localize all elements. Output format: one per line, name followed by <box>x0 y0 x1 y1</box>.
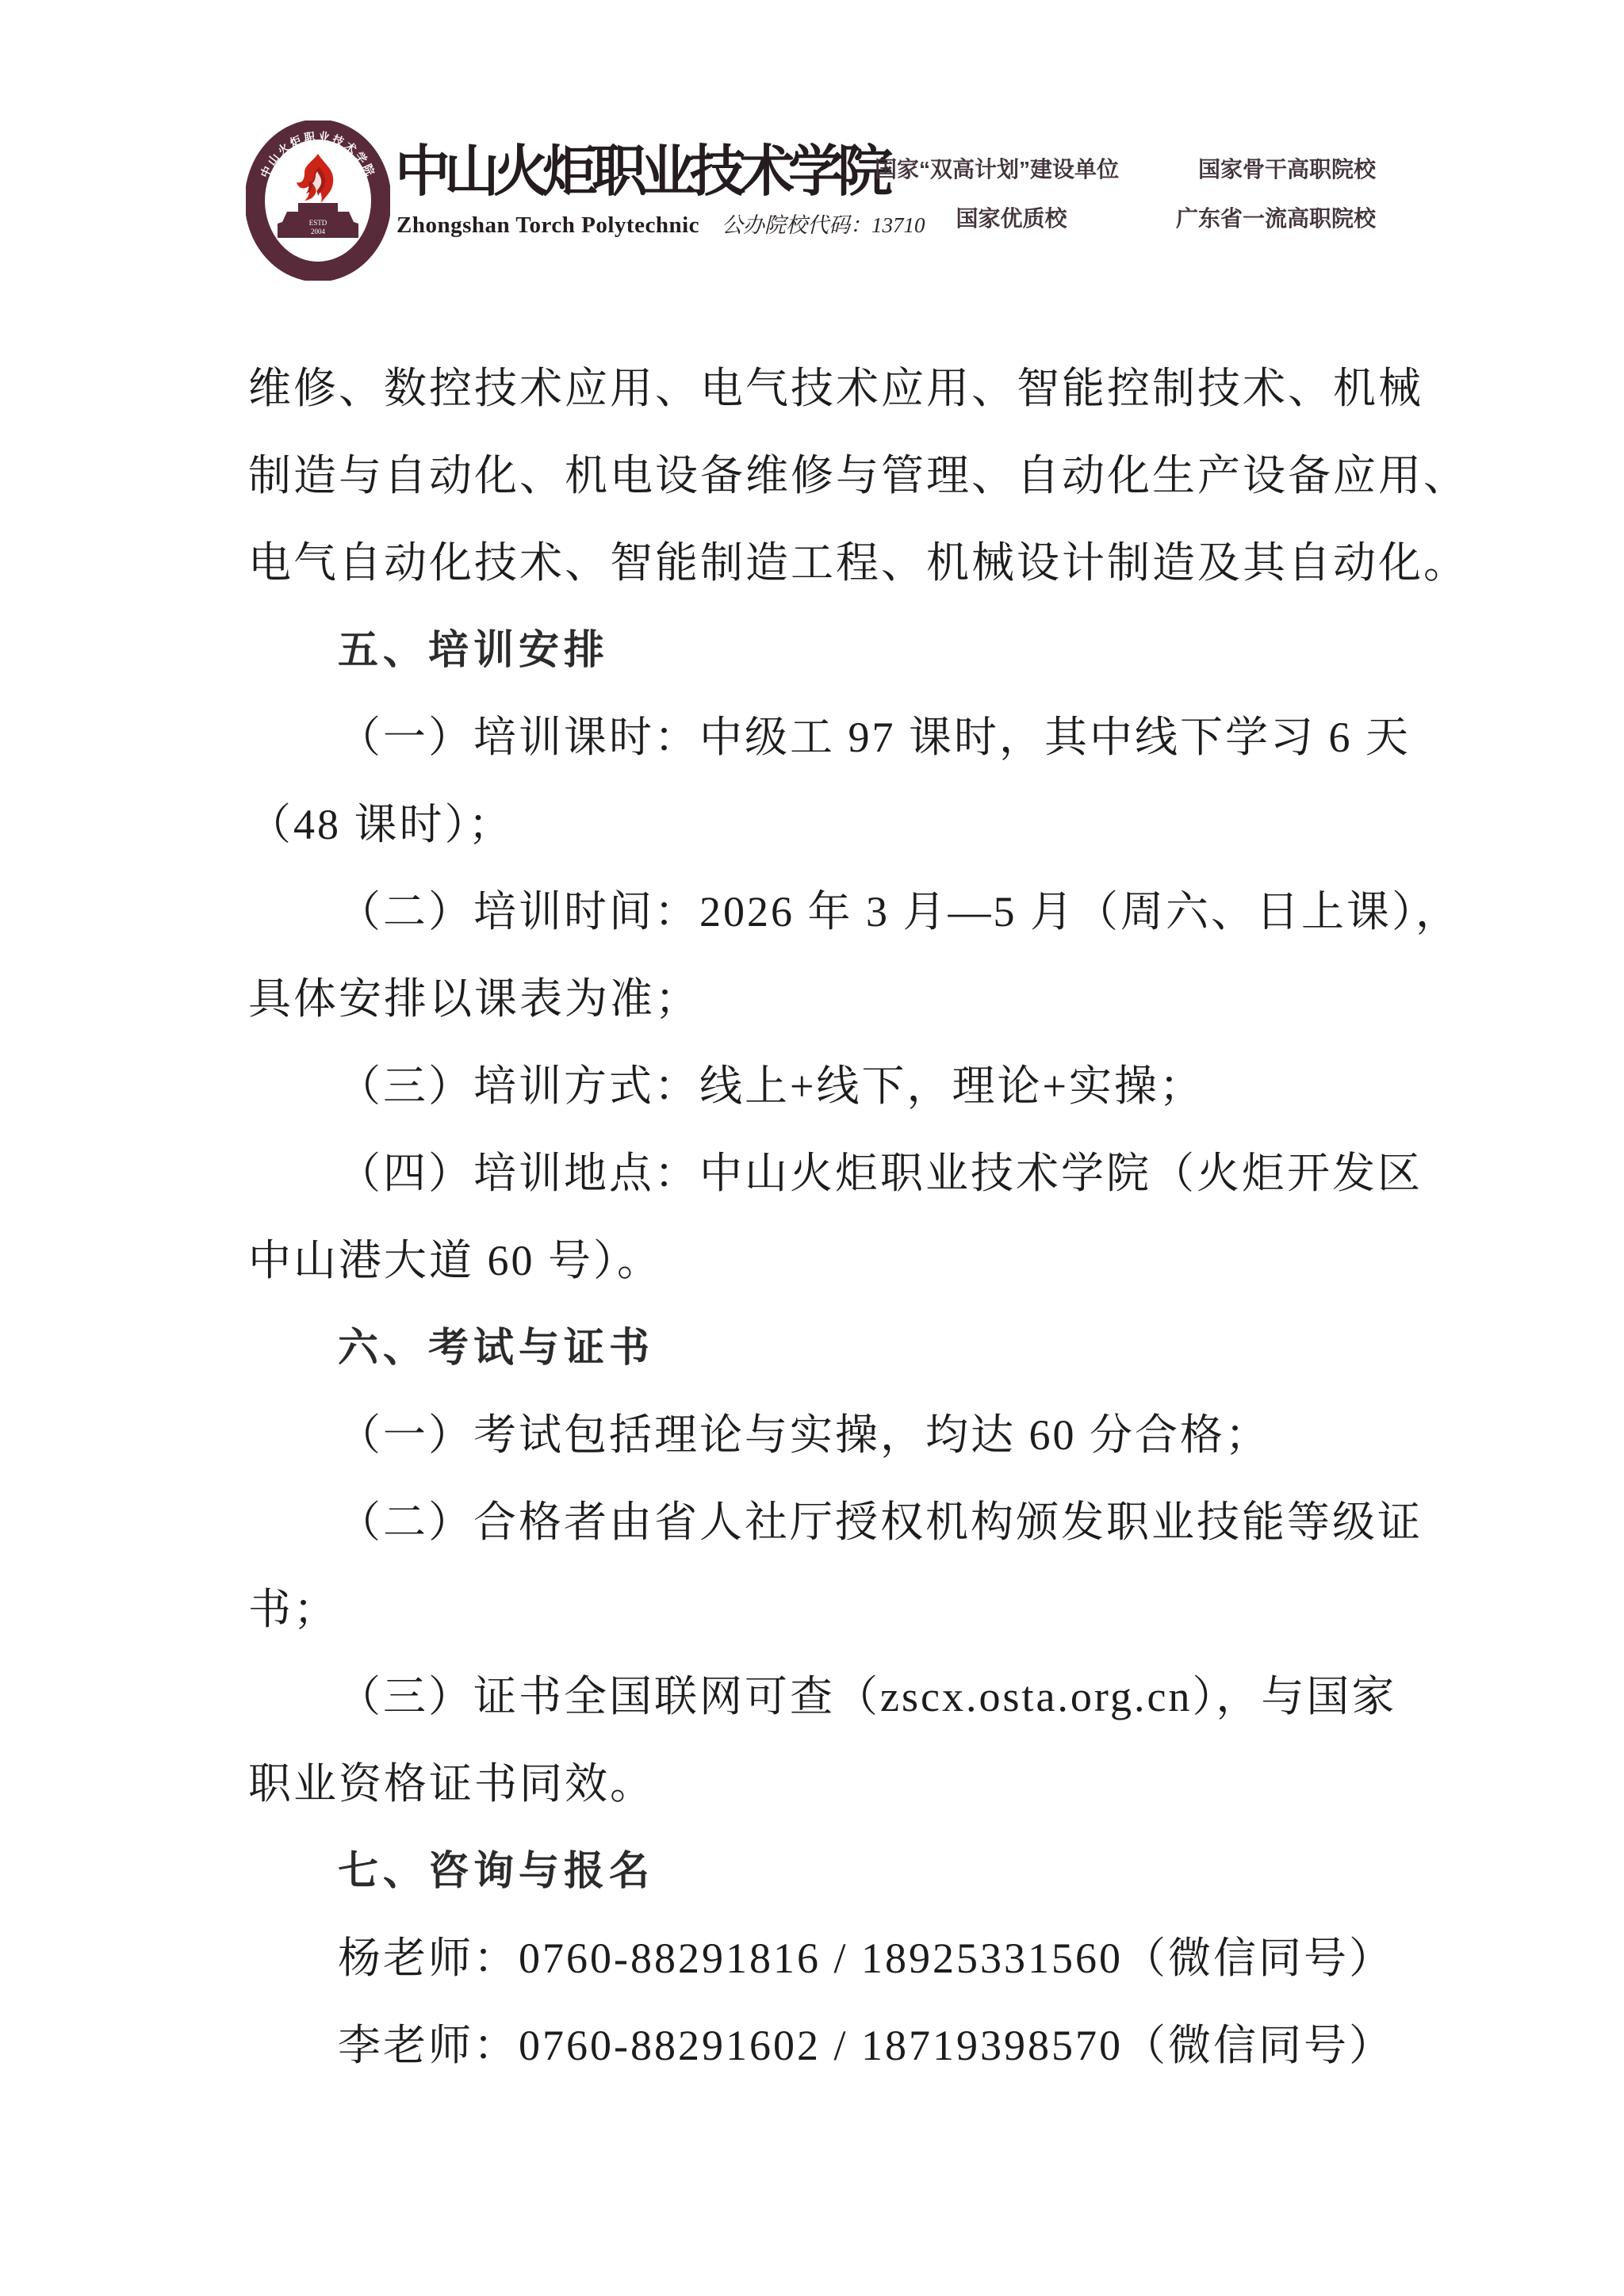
document-line: （48 课时）； <box>248 781 1382 868</box>
badge-national-backbone: 国家骨干高职院校 <box>1174 152 1376 184</box>
badge-national-quality: 国家优质校 <box>875 201 1148 233</box>
document-line: （三）证书全国联网可查（zscx.osta.org.cn），与国家 <box>248 1653 1382 1740</box>
document-line: （二）培训时间：2026 年 3 月—5 月（周六、日上课）， <box>248 868 1382 955</box>
document-line: 杨老师：0760-88291816 / 18925331560（微信同号） <box>248 1915 1382 2002</box>
letterhead: 中山火炬职业技术学院 Zhongshan Torch Polytechnic E… <box>0 0 1624 333</box>
school-subline: Zhongshan Torch Polytechnic公办院校代码：13710 <box>396 208 925 239</box>
badge-national-double-high: 国家“双高计划”建设单位 <box>875 152 1148 184</box>
document-line: 书； <box>248 1566 1382 1653</box>
torch-seal-icon: 中山火炬职业技术学院 Zhongshan Torch Polytechnic E… <box>246 121 390 281</box>
school-name-english: Zhongshan Torch Polytechnic <box>396 212 699 238</box>
document-line: （三）培训方式：线上+线下，理论+实操； <box>248 1043 1382 1130</box>
school-seal-logo: 中山火炬职业技术学院 Zhongshan Torch Polytechnic E… <box>246 121 390 281</box>
section-heading: 五、培训安排 <box>248 607 1382 694</box>
seal-estd-line1: ESTD <box>309 219 327 227</box>
badge-guangdong-first-class: 广东省一流高职院校 <box>1174 201 1376 233</box>
school-name-chinese: 中山火炬职业技术学院 <box>395 127 887 207</box>
document-line: 电气自动化技术、智能制造工程、机械设计制造及其自动化。 <box>248 519 1382 607</box>
seal-estd-line2: 2004 <box>311 228 326 235</box>
honor-badges: 国家“双高计划”建设单位 国家骨干高职院校 国家优质校 广东省一流高职院校 <box>875 152 1376 233</box>
document-line: （一）考试包括理论与实操，均达 60 分合格； <box>248 1391 1382 1479</box>
document-page: 中山火炬职业技术学院 Zhongshan Torch Polytechnic E… <box>0 0 1624 2296</box>
document-line: （四）培训地点：中山火炬职业技术学院（火炬开发区 <box>248 1130 1382 1217</box>
document-line: （二）合格者由省人社厅授权机构颁发职业技能等级证 <box>248 1479 1382 1566</box>
section-heading: 六、考试与证书 <box>248 1304 1382 1391</box>
flame-icon <box>297 154 333 203</box>
document-line: 制造与自动化、机电设备维修与管理、自动化生产设备应用、 <box>248 432 1382 519</box>
document-line: 中山港大道 60 号）。 <box>248 1217 1382 1304</box>
document-line: 维修、数控技术应用、电气技术应用、智能控制技术、机械 <box>248 345 1382 432</box>
document-line: 李老师：0760-88291602 / 18719398570（微信同号） <box>248 2002 1382 2089</box>
document-line: 具体安排以课表为准； <box>248 955 1382 1043</box>
pedestal-icon: ESTD 2004 <box>278 203 358 238</box>
document-line: 职业资格证书同效。 <box>248 1740 1382 1827</box>
document-body: 维修、数控技术应用、电气技术应用、智能控制技术、机械制造与自动化、机电设备维修与… <box>248 345 1382 2089</box>
section-heading: 七、咨询与报名 <box>248 1827 1382 1915</box>
document-line: （一）培训课时：中级工 97 课时，其中线下学习 6 天 <box>248 694 1382 781</box>
